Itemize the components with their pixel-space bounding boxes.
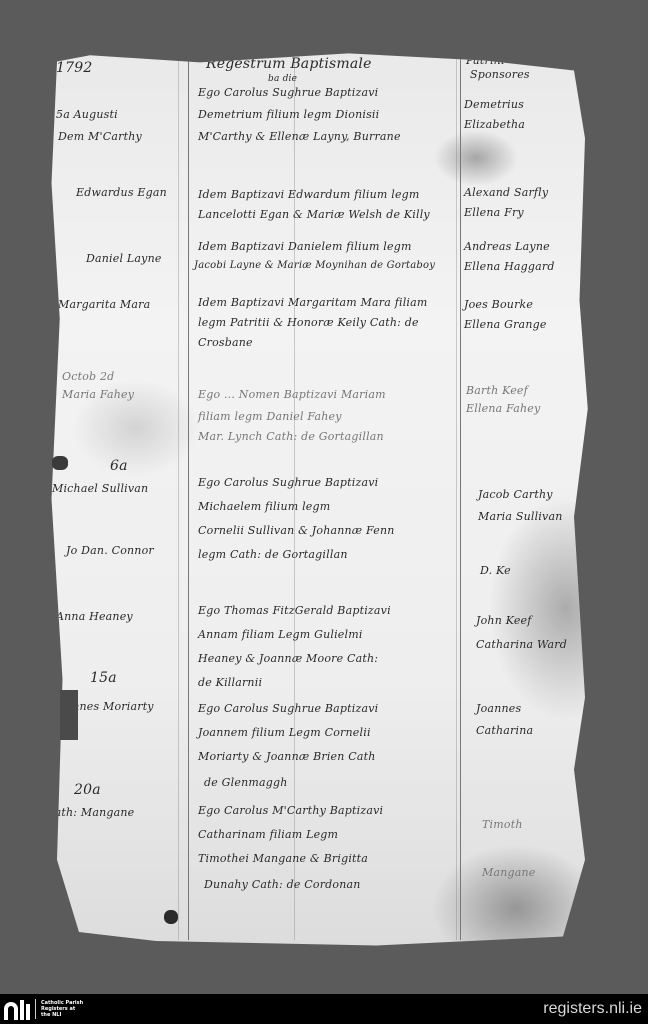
year-header: 1792 (56, 60, 92, 76)
entry-child: Michael Sullivan (52, 482, 148, 495)
entry-date: 20a (74, 782, 101, 798)
nli-logo[interactable]: Catholic Parish Registers at the NLI (4, 998, 83, 1020)
entry-sponsor: Joannes (476, 702, 521, 715)
entry-record-line: Mar. Lynch Cath: de Gortagillan (198, 430, 384, 443)
entry-sponsor: Ellena Fry (464, 206, 524, 219)
entry-sponsor: Joes Bourke (464, 298, 533, 311)
entry-sponsor: Andreas Layne (464, 240, 550, 253)
entry-note: ba die (268, 74, 297, 84)
column-rule-left (188, 58, 189, 940)
entry-date: Octob 2d (62, 370, 114, 383)
site-url[interactable]: registers.nli.ie (543, 1000, 642, 1018)
sponsors-header-1: Patrini (466, 54, 505, 67)
entry-record-line: de Killarnii (198, 676, 262, 689)
logo-divider (35, 999, 36, 1019)
ink-blot (164, 910, 178, 924)
entry-record-line: Joannem filium Legm Cornelii (198, 726, 371, 739)
entry-sponsor: Catharina Ward (476, 638, 567, 651)
entry-date: 15a (90, 670, 117, 686)
entry-sponsor: Alexand Sarfly (464, 186, 548, 199)
entry-child: Jo Dan. Connor (66, 544, 154, 557)
entry-child: Margarita Mara (58, 298, 150, 311)
entry-record-line: Demetrium filium legm Dionisii (198, 108, 379, 121)
entry-sponsor: Catharina (476, 724, 533, 737)
entry-record-line: filiam legm Daniel Fahey (198, 410, 342, 423)
entry-record-line: Idem Baptizavi Edwardum filium legm (198, 188, 420, 201)
entry-sponsor: Maria Sullivan (478, 510, 562, 523)
entry-record-line: Annam filiam Legm Gulielmi (198, 628, 363, 641)
entry-child: Maria Fahey (62, 388, 134, 401)
entry-sponsor: Demetrius (464, 98, 524, 111)
entry-record-line: Ego Carolus M'Carthy Baptizavi (198, 804, 383, 817)
entry-record-line: Jacobi Layne & Mariæ Moynihan de Gortabo… (194, 260, 435, 271)
image-viewer[interactable]: 1792 Regestrum Baptismale Patrini Sponso… (0, 0, 648, 994)
entry-record-line: legm Patritii & Honoræ Keily Cath: de (198, 316, 419, 329)
entry-record-line: Ego ... Nomen Baptizavi Mariam (198, 388, 386, 401)
entry-record-line: Crosbane (198, 336, 253, 349)
entry-sponsor: Mangane (482, 866, 536, 879)
entry-record-line: de Glenmaggh (204, 776, 288, 789)
entry-sponsor: Jacob Carthy (478, 488, 553, 501)
entry-sponsor: Timoth (482, 818, 523, 831)
entry-record-line: Idem Baptizavi Danielem filium legm (198, 240, 412, 253)
entry-record-line: Catharinam filiam Legm (198, 828, 338, 841)
entry-sponsor: Barth Keef (466, 384, 528, 397)
nli-logo-icon (4, 998, 30, 1020)
entry-sponsor: Ellena Haggard (464, 260, 555, 273)
page-tear (60, 690, 78, 740)
entry-record-line: Ego Carolus Sughrue Baptizavi (198, 702, 378, 715)
register-title: Regestrum Baptismale (206, 56, 372, 72)
logo-text: Catholic Parish Registers at the NLI (41, 1000, 83, 1018)
entry-date: 5a Augusti (56, 108, 118, 121)
entry-sponsor: John Keef (476, 614, 532, 627)
entry-sponsor: D. Ke (480, 564, 511, 577)
entry-record-line: Cornelii Sullivan & Johannæ Fenn (198, 524, 395, 537)
entry-record-line: legm Cath: de Gortagillan (198, 548, 348, 561)
entry-record-line: Heaney & Joannæ Moore Cath: (198, 652, 378, 665)
entry-record-line: Ego Carolus Sughrue Baptizavi (198, 476, 378, 489)
column-rule-right (460, 58, 461, 940)
sponsors-header-2: Sponsores (470, 68, 530, 81)
entry-child: Edwardus Egan (76, 186, 167, 199)
footer-bar: Catholic Parish Registers at the NLI reg… (0, 994, 648, 1024)
register-page-scan: 1792 Regestrum Baptismale Patrini Sponso… (46, 48, 596, 950)
page-tear (52, 456, 68, 470)
entry-child: Daniel Layne (86, 252, 162, 265)
entry-record-line: Dunahy Cath: de Cordonan (204, 878, 361, 891)
entry-record-line: Ego Thomas FitzGerald Baptizavi (198, 604, 391, 617)
entry-child: Anna Heaney (56, 610, 133, 623)
entry-record-line: Lancelotti Egan & Mariæ Welsh de Killy (198, 208, 430, 221)
entry-record-line: M'Carthy & Ellenæ Layny, Burrane (198, 130, 401, 143)
entry-date: 6a (110, 458, 128, 474)
entry-sponsor: Ellena Grange (464, 318, 547, 331)
entry-record-line: Moriarty & Joannæ Brien Cath (198, 750, 376, 763)
entry-sponsor: Elizabetha (464, 118, 525, 131)
entry-record-line: Ego Carolus Sughrue Baptizavi (198, 86, 378, 99)
entry-child: Dem M'Carthy (58, 130, 142, 143)
entry-child: Cath: Mangane (46, 806, 134, 819)
entry-sponsor: Ellena Fahey (466, 402, 540, 415)
entry-record-line: Timothei Mangane & Brigitta (198, 852, 368, 865)
entry-record-line: Idem Baptizavi Margaritam Mara filiam (198, 296, 428, 309)
entry-record-line: Michaelem filium legm (198, 500, 330, 513)
